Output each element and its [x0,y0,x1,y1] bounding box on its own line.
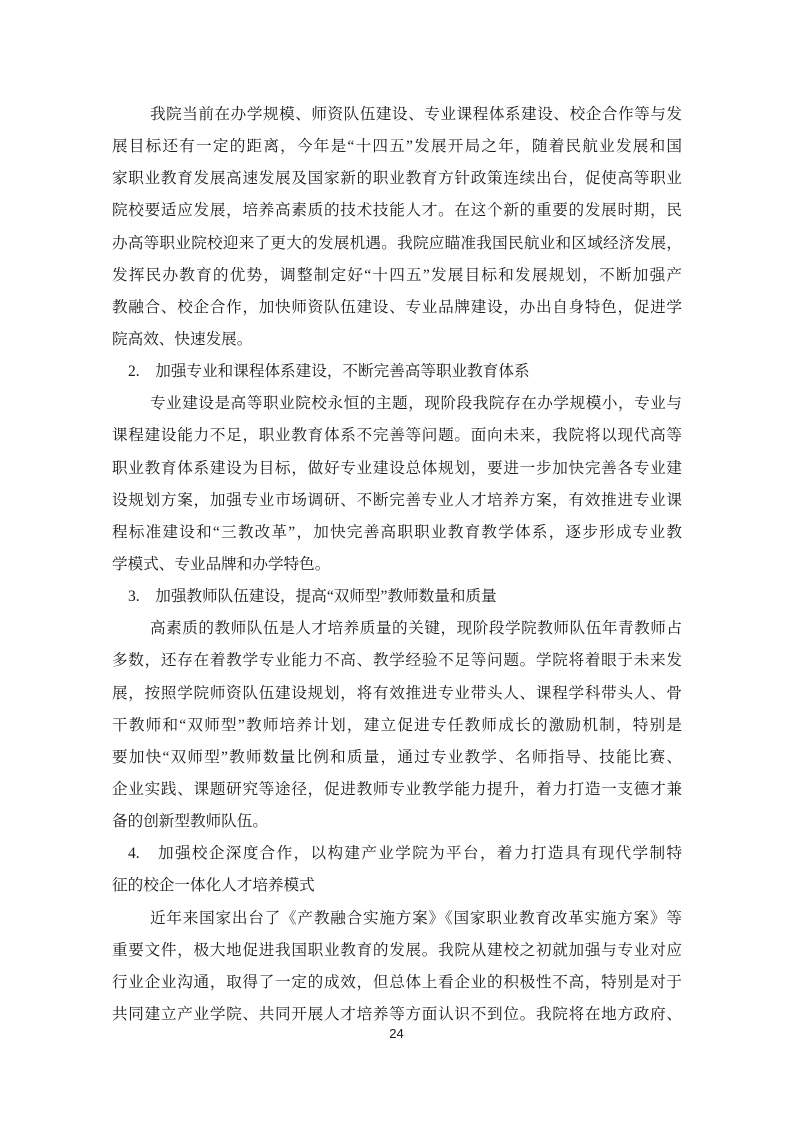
paragraph-text-line: 职业教育体系建设为目标，做好专业建设总体规划，要进一步加快完善各专业建 [112,453,682,485]
paragraph-text-line: 课程建设能力不足，职业教育体系不完善等问题。面向未来，我院将以现代高等 [112,420,682,452]
paragraph-text-line: 办高等职业院校迎来了更大的发展机遇。我院应瞄准我国民航业和区域经济发展， [112,228,682,260]
paragraph-text-line: 高素质的教师队伍是人才培养质量的关键，现阶段学院教师队伍年青教师占 [112,613,682,645]
paragraph-text-line: 要加快“双师型”教师数量比例和质量，通过专业教学、名师指导、技能比赛、 [112,742,682,774]
text-block: 我院当前在办学规模、师资队伍建设、专业课程体系建设、校企合作等与发展目标还有一定… [112,99,682,1031]
paragraph-text-line: 我院当前在办学规模、师资队伍建设、专业课程体系建设、校企合作等与发 [112,99,682,131]
paragraph-text-line: 干教师和“双师型”教师培养计划，建立促进专任教师成长的激励机制，特别是 [112,710,682,742]
paragraph-text-line: 近年来国家出台了《产教融合实施方案》《国家职业教育改革实施方案》等 [112,903,682,935]
paragraph-text-line: 教融合、校企合作，加快师资队伍建设、专业品牌建设，办出自身特色，促进学 [112,292,682,324]
paragraph-text-line: 展，按照学院师资队伍建设规划，将有效推进专业带头人、课程学科带头人、骨 [112,678,682,710]
paragraph-text-line: 院高效、快速发展。 [112,324,682,356]
paragraph-text-line: 院校要适应发展，培养高素质的技术技能人才。在这个新的重要的发展时期，民 [112,195,682,227]
paragraph-text-line: 企业实践、课题研究等途径，促进教师专业教学能力提升，着力打造一支德才兼 [112,774,682,806]
paragraph-text-line: 程标准建设和“三教改革”，加快完善高职职业教育教学体系，逐步形成专业教 [112,517,682,549]
paragraph-text-line: 专业建设是高等职业院校永恒的主题，现阶段我院存在办学规模小，专业与 [112,388,682,420]
section-heading-line: 征的校企一体化人才培养模式 [112,870,682,902]
paragraph-text-line: 展目标还有一定的距离，今年是“十四五”发展开局之年，随着民航业发展和国 [112,131,682,163]
paragraph-text-line: 家职业教育发展高速发展及国家新的职业教育方针政策连续出台，促使高等职业 [112,163,682,195]
document-page: 我院当前在办学规模、师资队伍建设、专业课程体系建设、校企合作等与发展目标还有一定… [0,0,793,1122]
section-heading-line: 2. 加强专业和课程体系建设，不断完善高等职业教育体系 [112,356,682,388]
paragraph-text-line: 多数，还存在着教学专业能力不高、教学经验不足等问题。学院将着眼于未来发 [112,645,682,677]
paragraph-text-line: 发挥民办教育的优势，调整制定好“十四五”发展目标和发展规划，不断加强产 [112,260,682,292]
paragraph-text-line: 备的创新型教师队伍。 [112,806,682,838]
page-number: 24 [0,1026,793,1041]
paragraph-text-line: 设规划方案，加强专业市场调研、不断完善专业人才培养方案，有效推进专业课 [112,485,682,517]
section-heading-line: 4. 加强校企深度合作，以构建产业学院为平台，着力打造具有现代学制特 [112,838,682,870]
paragraph-text-line: 学模式、专业品牌和办学特色。 [112,549,682,581]
paragraph-text-line: 重要文件，极大地促进我国职业教育的发展。我院从建校之初就加强与专业对应 [112,935,682,967]
paragraph-text-line: 行业企业沟通，取得了一定的成效，但总体上看企业的积极性不高，特别是对于 [112,967,682,999]
section-heading-line: 3. 加强教师队伍建设，提高“双师型”教师数量和质量 [112,581,682,613]
